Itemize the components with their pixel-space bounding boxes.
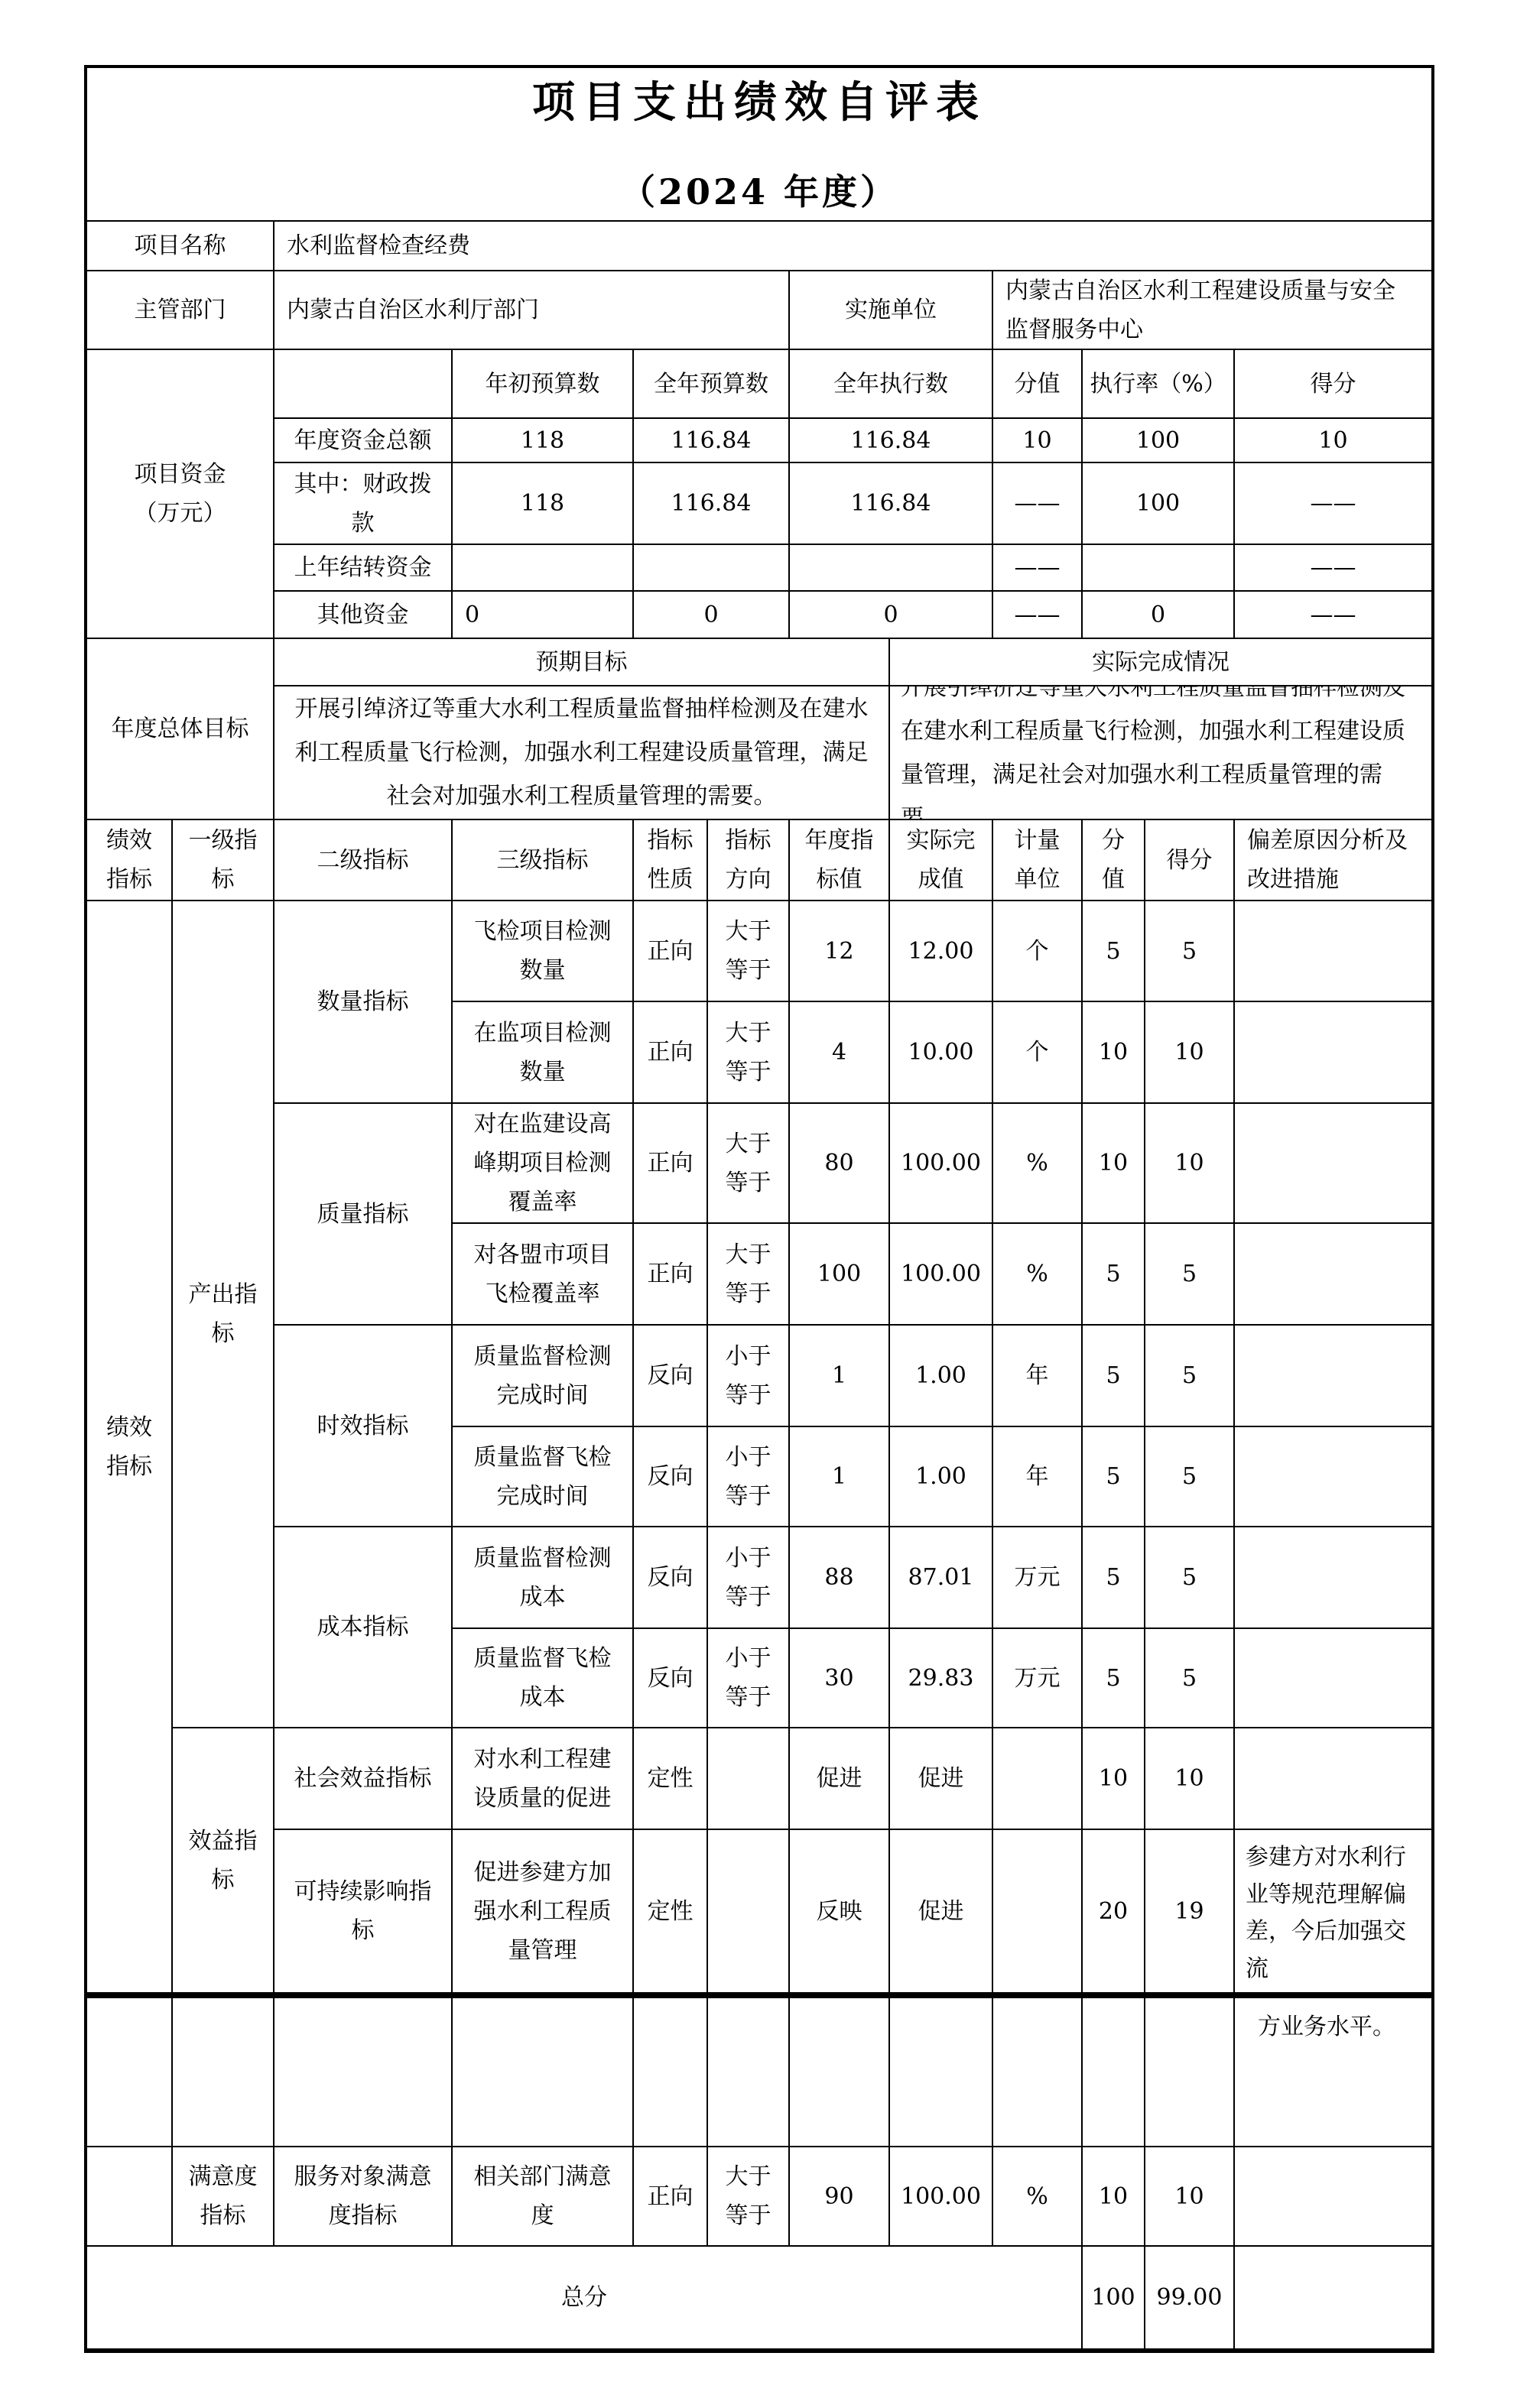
indicator-nature-cell: 反向 <box>633 1325 707 1426</box>
form-title: 项目支出绩效自评表 <box>532 67 986 139</box>
level1-satisfaction-indicator: 满意度 指标 <box>172 2147 274 2246</box>
indicator-actual-cell: 100.00 <box>889 1223 992 1325</box>
indicator-deviation-cell <box>1234 2147 1432 2246</box>
indicator-target-cell: 90 <box>789 2147 889 2246</box>
level1-output-indicator: 产出指 标 <box>172 901 274 1728</box>
indicator-score-cell: 10 <box>1082 1001 1145 1103</box>
indicator-name-cell: 在监项目检测 数量 <box>452 1001 633 1103</box>
header-level3: 三级指标 <box>452 819 633 901</box>
empty-cell <box>633 1997 707 2147</box>
empty-cell <box>1082 1997 1145 2147</box>
level2-service-satisfaction-indicator: 服务对象满意 度指标 <box>274 2147 452 2246</box>
indicator-nature-cell: 反向 <box>633 1426 707 1527</box>
funds-row-label-other: 其他资金 <box>274 591 452 638</box>
indicator-name-cell: 相关部门满意 度 <box>452 2147 633 2246</box>
funds-blank-header-cell <box>274 349 452 418</box>
indicator-got-cell: 10 <box>1145 1728 1234 1829</box>
funds-value: —— <box>992 462 1082 544</box>
indicator-score-cell: 5 <box>1082 1223 1145 1325</box>
indicator-actual-cell: 100.00 <box>889 1103 992 1223</box>
total-score-label: 总分 <box>86 2246 1082 2349</box>
indicator-direction-cell <box>707 1728 789 1829</box>
indicator-target-cell: 88 <box>789 1527 889 1628</box>
funds-value <box>1082 544 1234 591</box>
funds-value: 118 <box>452 462 633 544</box>
indicator-unit-cell: 个 <box>992 1001 1082 1103</box>
expected-goal-header: 预期目标 <box>274 638 889 686</box>
indicator-target-cell: 30 <box>789 1628 889 1728</box>
indicator-name-cell: 对各盟市项目 飞检覆盖率 <box>452 1223 633 1325</box>
annual-goal-label: 年度总体目标 <box>86 638 274 819</box>
form-table-page-2: 方业务水平。 满意度 指标 服务对象满意 度指标 相关部门满意 度 正向 大于 … <box>84 1995 1434 2353</box>
indicator-target-cell: 1 <box>789 1325 889 1426</box>
header-score: 分 值 <box>1082 819 1145 901</box>
indicator-direction-cell: 小于 等于 <box>707 1628 789 1728</box>
header-unit: 计量 单位 <box>992 819 1082 901</box>
funds-value: 100 <box>1082 462 1234 544</box>
funds-value: 0 <box>789 591 992 638</box>
funds-header-execution-rate: 执行率（%） <box>1082 349 1234 418</box>
level2-sustainable-impact-indicator: 可持续影响指 标 <box>274 1829 452 1993</box>
indicator-score-cell: 5 <box>1082 1426 1145 1527</box>
header-got: 得分 <box>1145 819 1234 901</box>
deviation-continuation-cell: 方业务水平。 <box>1234 1997 1432 2147</box>
indicator-got-cell: 5 <box>1145 901 1234 1001</box>
form-table-page-1: 项目支出绩效自评表 （2024 年度） 项目名称 水利监督检查经费 主管部门 内… <box>84 65 1434 1995</box>
level1-benefit-indicator: 效益指 标 <box>172 1728 274 1993</box>
empty-cell <box>707 1997 789 2147</box>
indicator-actual-cell: 1.00 <box>889 1325 992 1426</box>
performance-self-evaluation-form: 项目支出绩效自评表 （2024 年度） 项目名称 水利监督检查经费 主管部门 内… <box>0 0 1517 2408</box>
funds-header-annual-budget: 全年预算数 <box>633 349 789 418</box>
indicator-score-cell: 10 <box>1082 2147 1145 2246</box>
indicator-target-cell: 反映 <box>789 1829 889 1993</box>
actual-completion-header: 实际完成情况 <box>889 638 1432 686</box>
indicator-nature-cell: 反向 <box>633 1628 707 1728</box>
funds-value: 118 <box>452 418 633 462</box>
funds-header-annual-execution: 全年执行数 <box>789 349 992 418</box>
indicator-actual-cell: 促进 <box>889 1728 992 1829</box>
indicator-deviation-cell <box>1234 1426 1432 1527</box>
funds-value: —— <box>992 591 1082 638</box>
indicator-score-cell: 5 <box>1082 1325 1145 1426</box>
indicator-direction-cell <box>707 1829 789 1993</box>
funds-header-score: 分值 <box>992 349 1082 418</box>
indicator-direction-cell: 大于 等于 <box>707 1001 789 1103</box>
funds-value: 116.84 <box>633 462 789 544</box>
indicator-direction-cell: 大于 等于 <box>707 901 789 1001</box>
indicator-name-cell: 质量监督检测 成本 <box>452 1527 633 1628</box>
empty-cell <box>86 2147 172 2246</box>
indicator-deviation-cell <box>1234 1001 1432 1103</box>
indicator-got-cell: 10 <box>1145 1103 1234 1223</box>
project-name-label: 项目名称 <box>86 221 274 271</box>
funds-value <box>633 544 789 591</box>
indicator-target-cell: 4 <box>789 1001 889 1103</box>
funds-value: 10 <box>1234 418 1432 462</box>
empty-cell <box>789 1997 889 2147</box>
indicator-got-cell: 5 <box>1145 1426 1234 1527</box>
indicator-name-cell: 对水利工程建 设质量的促进 <box>452 1728 633 1829</box>
indicator-actual-cell: 10.00 <box>889 1001 992 1103</box>
level2-social-benefit-indicator: 社会效益指标 <box>274 1728 452 1829</box>
indicator-deviation-cell <box>1234 1527 1432 1628</box>
funds-value <box>452 544 633 591</box>
indicator-direction-cell: 大于 等于 <box>707 1103 789 1223</box>
header-direction: 指标 方向 <box>707 819 789 901</box>
empty-cell <box>172 1997 274 2147</box>
indicator-actual-cell: 100.00 <box>889 2147 992 2246</box>
total-got-value: 99.00 <box>1145 2246 1234 2349</box>
indicator-nature-cell: 正向 <box>633 2147 707 2246</box>
implementing-unit-label: 实施单位 <box>789 271 992 349</box>
header-annual-target: 年度指 标值 <box>789 819 889 901</box>
indicator-actual-cell: 促进 <box>889 1829 992 1993</box>
indicator-direction-cell: 大于 等于 <box>707 1223 789 1325</box>
empty-cell <box>992 1997 1082 2147</box>
indicator-nature-cell: 正向 <box>633 1223 707 1325</box>
indicator-deviation-cell <box>1234 1103 1432 1223</box>
funds-value: —— <box>1234 462 1432 544</box>
project-name-value: 水利监督检查经费 <box>274 221 1432 271</box>
indicator-got-cell: 5 <box>1145 1325 1234 1426</box>
funds-row-label-carryover: 上年结转资金 <box>274 544 452 591</box>
indicator-name-cell: 质量监督飞检 完成时间 <box>452 1426 633 1527</box>
header-level1: 一级指 标 <box>172 819 274 901</box>
header-actual-value: 实际完 成值 <box>889 819 992 901</box>
title-block: 项目支出绩效自评表 （2024 年度） <box>86 67 1432 221</box>
form-subtitle: （2024 年度） <box>620 162 898 221</box>
indicator-deviation-cell <box>1234 1628 1432 1728</box>
indicator-unit-cell: 年 <box>992 1325 1082 1426</box>
indicator-nature-cell: 定性 <box>633 1728 707 1829</box>
indicator-unit-cell: % <box>992 1103 1082 1223</box>
empty-cell <box>274 1997 452 2147</box>
empty-cell <box>1234 2246 1432 2349</box>
indicator-name-cell: 飞检项目检测 数量 <box>452 901 633 1001</box>
indicator-got-cell: 19 <box>1145 1829 1234 1993</box>
indicator-nature-cell: 正向 <box>633 1103 707 1223</box>
funds-value: 116.84 <box>789 462 992 544</box>
actual-completion-text: 开展引绰济辽等重大水利工程质量监督抽样检测及 在建水利工程质量飞行检测，加强水利… <box>889 686 1432 819</box>
funds-row-label-total: 年度资金总额 <box>274 418 452 462</box>
indicator-got-cell: 5 <box>1145 1527 1234 1628</box>
funds-value: —— <box>1234 544 1432 591</box>
indicator-nature-cell: 反向 <box>633 1527 707 1628</box>
empty-cell <box>86 1997 172 2147</box>
funds-value: 10 <box>992 418 1082 462</box>
indicator-nature-cell: 正向 <box>633 901 707 1001</box>
indicator-name-cell: 促进参建方加 强水利工程质 量管理 <box>452 1829 633 1993</box>
indicator-direction-cell: 小于 等于 <box>707 1426 789 1527</box>
funds-value: 0 <box>452 591 633 638</box>
funds-value <box>789 544 992 591</box>
header-nature: 指标 性质 <box>633 819 707 901</box>
indicator-name-cell: 质量监督检测 完成时间 <box>452 1325 633 1426</box>
indicator-score-cell: 10 <box>1082 1103 1145 1223</box>
indicator-actual-cell: 1.00 <box>889 1426 992 1527</box>
department-value: 内蒙古自治区水利厅部门 <box>274 271 789 349</box>
indicator-unit-cell <box>992 1728 1082 1829</box>
funds-value: 0 <box>633 591 789 638</box>
indicator-got-cell: 5 <box>1145 1223 1234 1325</box>
indicator-unit-cell: % <box>992 2147 1082 2246</box>
performance-indicator-span-label: 绩效 指标 <box>86 901 172 1993</box>
indicator-name-cell: 对在监建设高 峰期项目检测 覆盖率 <box>452 1103 633 1223</box>
indicator-unit-cell: 年 <box>992 1426 1082 1527</box>
empty-cell <box>452 1997 633 2147</box>
indicator-direction-cell: 小于 等于 <box>707 1527 789 1628</box>
indicator-score-cell: 10 <box>1082 1728 1145 1829</box>
indicator-score-cell: 5 <box>1082 1628 1145 1728</box>
indicator-actual-cell: 12.00 <box>889 901 992 1001</box>
indicator-target-cell: 1 <box>789 1426 889 1527</box>
funds-value: —— <box>992 544 1082 591</box>
indicator-nature-cell: 正向 <box>633 1001 707 1103</box>
empty-cell <box>889 1997 992 2147</box>
header-level2: 二级指标 <box>274 819 452 901</box>
level2-cost-indicator: 成本指标 <box>274 1527 452 1728</box>
header-deviation: 偏差原因分析及 改进措施 <box>1234 819 1432 901</box>
funds-header-initial-budget: 年初预算数 <box>452 349 633 418</box>
indicator-score-cell: 20 <box>1082 1829 1145 1993</box>
funds-value: 116.84 <box>789 418 992 462</box>
funds-row-label: 项目资金 （万元） <box>86 349 274 638</box>
level2-quantity-indicator: 数量指标 <box>274 901 452 1103</box>
indicator-target-cell: 100 <box>789 1223 889 1325</box>
funds-value: 0 <box>1082 591 1234 638</box>
level2-timeliness-indicator: 时效指标 <box>274 1325 452 1527</box>
indicator-score-cell: 5 <box>1082 901 1145 1001</box>
indicator-deviation-cell: 参建方对水利行 业等规范理解偏 差，今后加强交流 和沟通，提升参加 <box>1234 1829 1432 1993</box>
indicator-direction-cell: 小于 等于 <box>707 1325 789 1426</box>
indicator-got-cell: 10 <box>1145 1001 1234 1103</box>
indicator-got-cell: 10 <box>1145 2147 1234 2246</box>
funds-value: 116.84 <box>633 418 789 462</box>
total-score-value: 100 <box>1082 2246 1145 2349</box>
indicator-actual-cell: 87.01 <box>889 1527 992 1628</box>
indicator-deviation-cell <box>1234 1325 1432 1426</box>
implementing-unit-value: 内蒙古自治区水利工程建设质量与安全 监督服务中心 <box>992 271 1432 349</box>
indicator-target-cell: 80 <box>789 1103 889 1223</box>
empty-cell <box>1145 1997 1234 2147</box>
indicator-deviation-cell <box>1234 1728 1432 1829</box>
indicator-unit-cell <box>992 1829 1082 1993</box>
indicator-direction-cell: 大于 等于 <box>707 2147 789 2246</box>
funds-value: 100 <box>1082 418 1234 462</box>
indicator-name-cell: 质量监督飞检 成本 <box>452 1628 633 1728</box>
indicator-unit-cell: 万元 <box>992 1628 1082 1728</box>
indicator-unit-cell: % <box>992 1223 1082 1325</box>
header-performance-indicator: 绩效 指标 <box>86 819 172 901</box>
indicator-target-cell: 促进 <box>789 1728 889 1829</box>
funds-header-got: 得分 <box>1234 349 1432 418</box>
funds-row-label-fiscal: 其中：财政拨 款 <box>274 462 452 544</box>
expected-goal-text: 开展引绰济辽等重大水利工程质量监督抽样检测及在建水 利工程质量飞行检测，加强水利… <box>274 686 889 819</box>
indicator-deviation-cell <box>1234 1223 1432 1325</box>
department-label: 主管部门 <box>86 271 274 349</box>
indicator-deviation-cell <box>1234 901 1432 1001</box>
indicator-target-cell: 12 <box>789 901 889 1001</box>
indicator-score-cell: 5 <box>1082 1527 1145 1628</box>
level2-quality-indicator: 质量指标 <box>274 1103 452 1325</box>
indicator-unit-cell: 个 <box>992 901 1082 1001</box>
indicator-nature-cell: 定性 <box>633 1829 707 1993</box>
funds-value: —— <box>1234 591 1432 638</box>
indicator-unit-cell: 万元 <box>992 1527 1082 1628</box>
indicator-got-cell: 5 <box>1145 1628 1234 1728</box>
indicator-actual-cell: 29.83 <box>889 1628 992 1728</box>
